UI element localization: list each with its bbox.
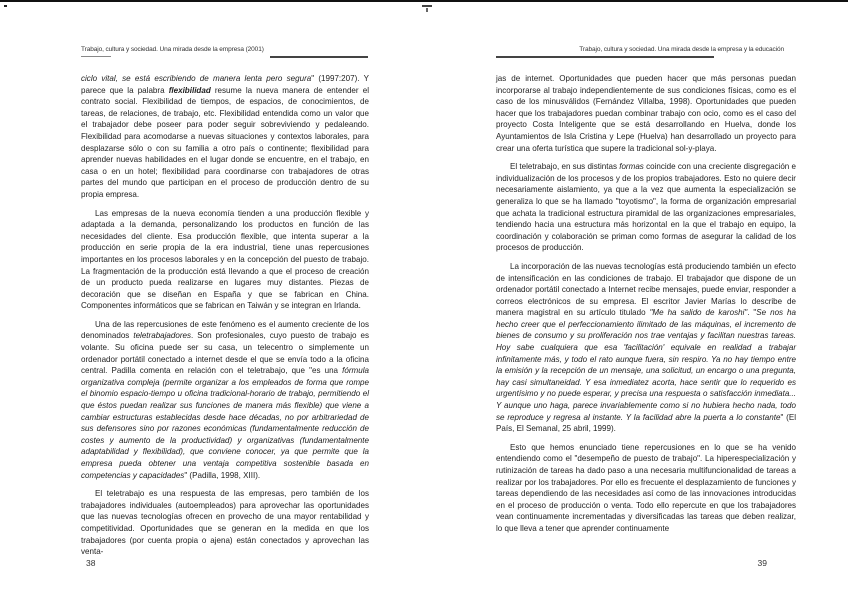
paragraph: Las empresas de la nueva economía tiende… xyxy=(81,208,369,312)
running-head: Trabajo, cultura y sociedad. Una mirada … xyxy=(81,46,264,53)
header-rule xyxy=(270,56,368,58)
text-run: . " xyxy=(747,308,756,317)
page-number: 38 xyxy=(86,558,95,568)
text-run: " (Padilla, 1998, XIII). xyxy=(184,471,260,480)
text-run: fórmula organizativa compleja (permite o… xyxy=(81,366,369,479)
text-run: ciclo vital, se está escribiendo de mane… xyxy=(81,74,311,83)
body-text: jas de internet. Oportunidades que puede… xyxy=(496,73,796,542)
text-run: "Me ha salido de karoshi" xyxy=(650,308,748,317)
paragraph: El teletrabajo, en sus distintas formas … xyxy=(496,161,796,254)
paragraph: ciclo vital, se está escribiendo de mane… xyxy=(81,73,369,201)
paragraph: Esto que hemos enunciado tiene repercusi… xyxy=(496,442,796,535)
header-rule xyxy=(496,56,714,58)
text-run: El teletrabajo, en sus distintas xyxy=(510,162,619,171)
left-page: Trabajo, cultura y sociedad. Una mirada … xyxy=(0,0,424,600)
running-head: Trabajo, cultura y sociedad. Una mirada … xyxy=(579,46,784,53)
page-number: 39 xyxy=(758,558,767,568)
text-run: El teletrabajo es una respuesta de las e… xyxy=(81,489,369,556)
right-page: Trabajo, cultura y sociedad. Una mirada … xyxy=(424,0,848,600)
text-run: teletrabajadores xyxy=(133,331,191,340)
body-text: ciclo vital, se está escribiendo de mane… xyxy=(81,73,369,565)
text-run: Se nos ha hecho creer que el perfecciona… xyxy=(496,308,796,421)
paragraph: El teletrabajo es una respuesta de las e… xyxy=(81,488,369,558)
header-rule xyxy=(81,56,111,57)
text-run: formas xyxy=(619,162,644,171)
paragraph: Una de las repercusiones de este fenómen… xyxy=(81,319,369,481)
text-run: resume la nueva manera de entender el co… xyxy=(81,86,369,199)
text-run: Esto que hemos enunciado tiene repercusi… xyxy=(496,443,796,533)
text-run: coincide con una creciente disgregación … xyxy=(496,162,796,252)
paragraph: La incorporación de las nuevas tecnologí… xyxy=(496,261,796,435)
text-run: Las empresas de la nueva economía tiende… xyxy=(81,209,369,311)
paragraph: jas de internet. Oportunidades que puede… xyxy=(496,73,796,154)
text-run: flexibilidad xyxy=(169,86,211,95)
text-run: jas de internet. Oportunidades que puede… xyxy=(496,74,796,153)
